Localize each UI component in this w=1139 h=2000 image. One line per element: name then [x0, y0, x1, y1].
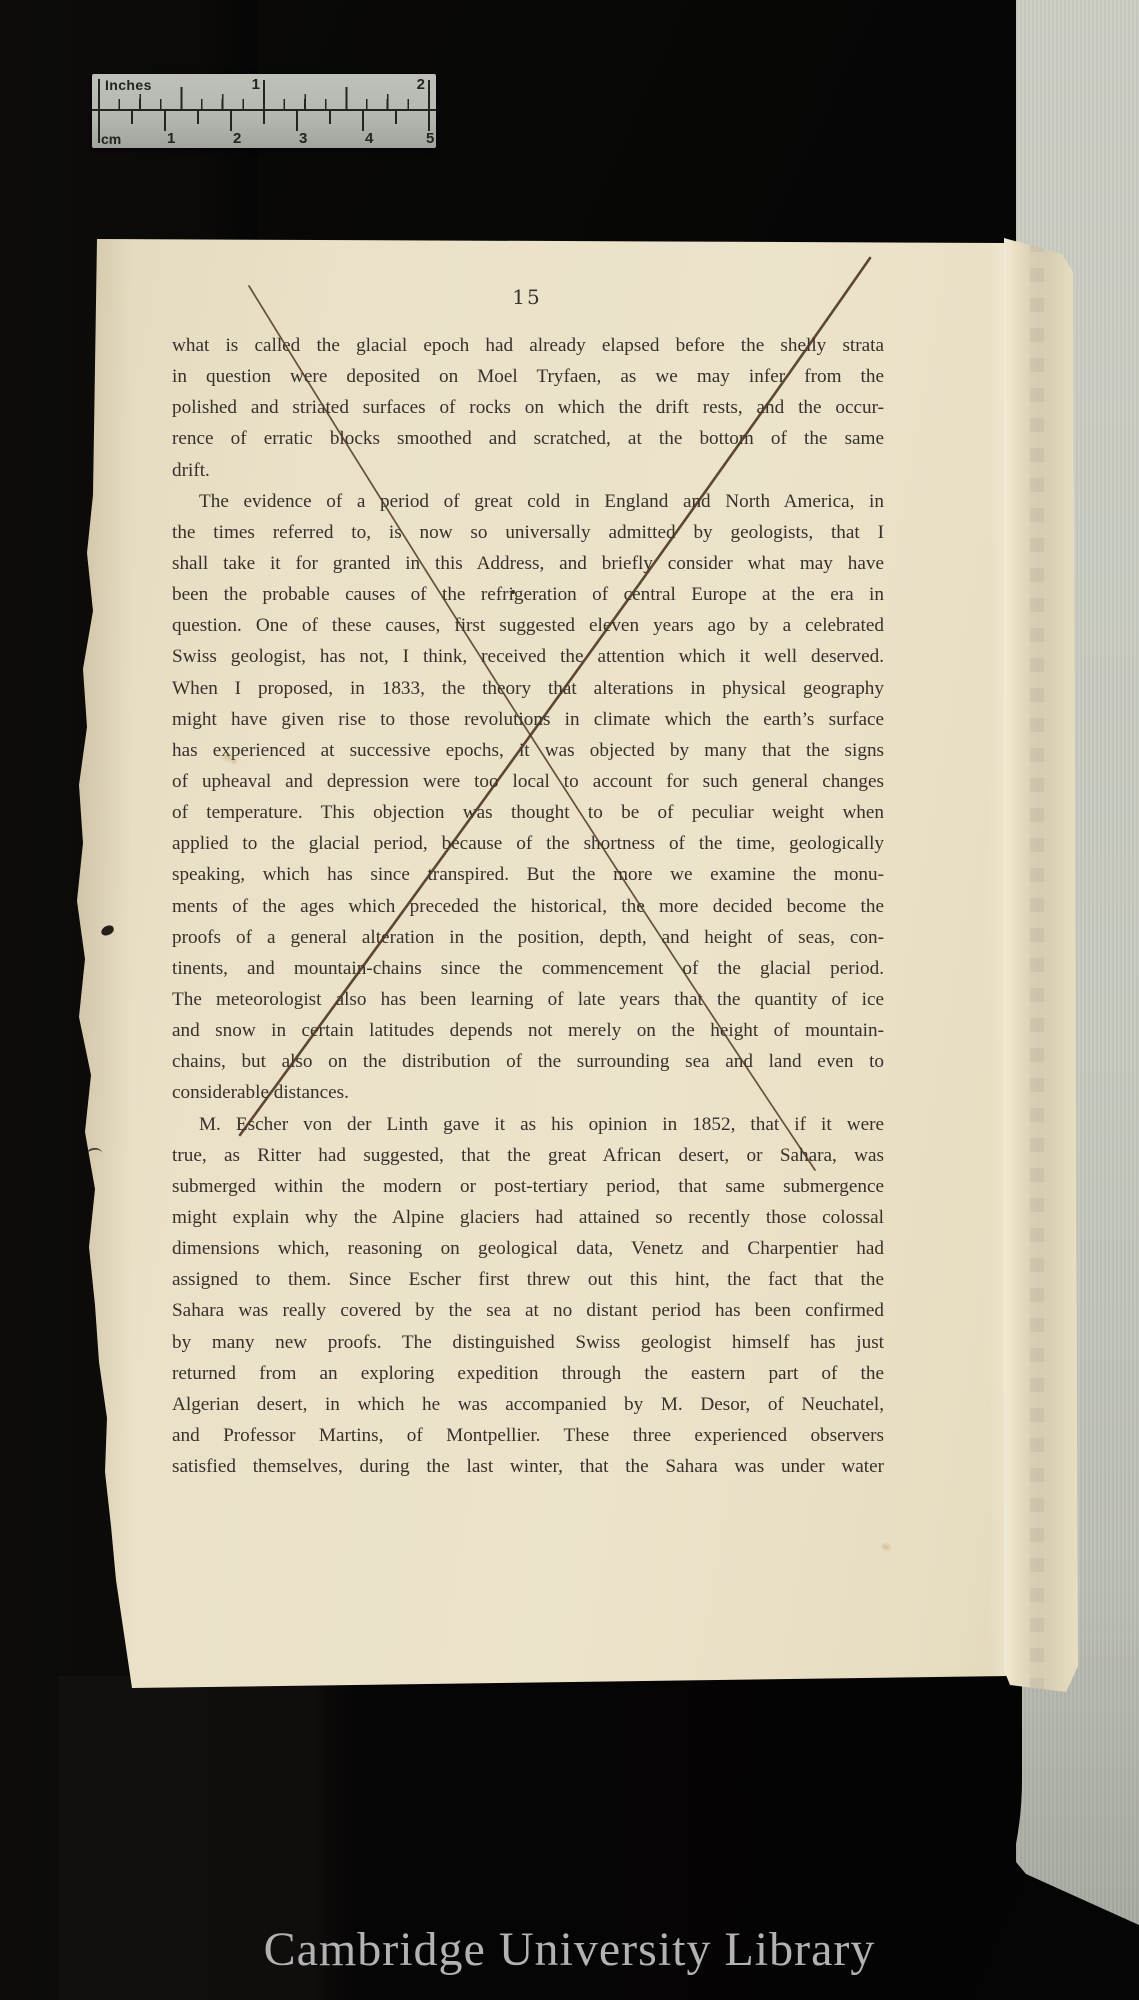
- measurement-ruler: Inches 1 2 cm 1 2 3 4 5: [92, 74, 436, 148]
- text-line: proofs of a general alteration in the po…: [172, 922, 884, 953]
- paragraph: what is called the glacial epoch had alr…: [172, 330, 884, 486]
- text-line: and Professor Martins, of Montpellier. T…: [172, 1420, 884, 1451]
- scan-photo: Inches 1 2 cm 1 2 3 4 5 15 what is calle…: [0, 0, 1139, 2000]
- text-line: of temperature. This objection was thoug…: [172, 797, 884, 828]
- foxing-spot: [230, 758, 238, 765]
- library-watermark: Cambridge University Library: [0, 1922, 1139, 1977]
- ruler-midline: [92, 109, 436, 111]
- ruler-zero-line: [98, 79, 100, 143]
- ruler-cm-number: 2: [233, 130, 249, 147]
- text-line: the times referred to, is now so univers…: [172, 517, 884, 548]
- text-line: assigned to them. Since Escher first thr…: [172, 1264, 884, 1295]
- ruler-inches-label: Inches: [105, 77, 152, 93]
- text-line: satisfied themselves, during the last wi…: [172, 1451, 884, 1482]
- page-text-block: what is called the glacial epoch had alr…: [172, 330, 884, 1482]
- ruler-cm-label: cm: [101, 131, 121, 147]
- text-line: of upheaval and depression were too loca…: [172, 766, 884, 797]
- text-line: polished and striated surfaces of rocks …: [172, 392, 884, 423]
- ink-dot: [511, 590, 515, 594]
- ruler-cm-number: 1: [167, 130, 183, 147]
- text-line: true, as Ritter had suggested, that the …: [172, 1140, 884, 1171]
- text-line: When I proposed, in 1833, the theory tha…: [172, 673, 884, 704]
- text-line: Algerian desert, in which he was accompa…: [172, 1389, 884, 1420]
- text-line: rence of erratic blocks smoothed and scr…: [172, 423, 884, 454]
- text-line: submerged within the modern or post-tert…: [172, 1171, 884, 1202]
- page-fold-guard: [1004, 238, 1080, 1700]
- text-line: tinents, and mountain-chains since the c…: [172, 953, 884, 984]
- text-line: applied to the glacial period, because o…: [172, 828, 884, 859]
- ruler-inch-number: 2: [409, 76, 425, 93]
- paragraph: The evidence of a period of great cold i…: [172, 486, 884, 1109]
- text-line: considerable distances.: [172, 1077, 884, 1108]
- text-line: Swiss geologist, has not, I think, recei…: [172, 641, 884, 672]
- text-line: what is called the glacial epoch had alr…: [172, 330, 884, 361]
- text-line: speaking, which has since transpired. Bu…: [172, 859, 884, 890]
- text-line: might have given rise to those revolutio…: [172, 704, 884, 735]
- foxing-spot: [880, 1542, 892, 1552]
- text-line: returned from an exploring expedition th…: [172, 1358, 884, 1389]
- text-line: The evidence of a period of great cold i…: [172, 486, 884, 517]
- ruler-inch-number: 1: [244, 76, 260, 93]
- text-line: question. One of these causes, first sug…: [172, 610, 884, 641]
- text-line: has experienced at successive epochs, it…: [172, 735, 884, 766]
- text-line: been the probable causes of the refriger…: [172, 579, 884, 610]
- text-line: in question were deposited on Moel Tryfa…: [172, 361, 884, 392]
- text-line: The meteorologist also has been learning…: [172, 984, 884, 1015]
- book-page: 15 what is called the glacial epoch had …: [70, 236, 1080, 1694]
- text-line: M. Escher von der Linth gave it as his o…: [172, 1109, 884, 1140]
- text-line: shall take it for granted in this Addres…: [172, 548, 884, 579]
- text-line: drift.: [172, 455, 884, 486]
- paragraph: M. Escher von der Linth gave it as his o…: [172, 1109, 884, 1483]
- text-line: might explain why the Alpine glaciers ha…: [172, 1202, 884, 1233]
- text-line: and snow in certain latitudes depends no…: [172, 1015, 884, 1046]
- text-line: Sahara was really covered by the sea at …: [172, 1295, 884, 1326]
- text-line: by many new proofs. The distinguished Sw…: [172, 1327, 884, 1358]
- text-line: chains, but also on the distribution of …: [172, 1046, 884, 1077]
- text-line: dimensions which, reasoning on geologica…: [172, 1233, 884, 1264]
- ruler-cm-number: 5: [426, 130, 442, 147]
- ruler-cm-number: 4: [365, 130, 381, 147]
- ruler-cm-ticks: [98, 111, 434, 131]
- ruler-cm-number: 3: [299, 130, 315, 147]
- text-line: ments of the ages which preceded the his…: [172, 891, 884, 922]
- page-number: 15: [172, 285, 882, 309]
